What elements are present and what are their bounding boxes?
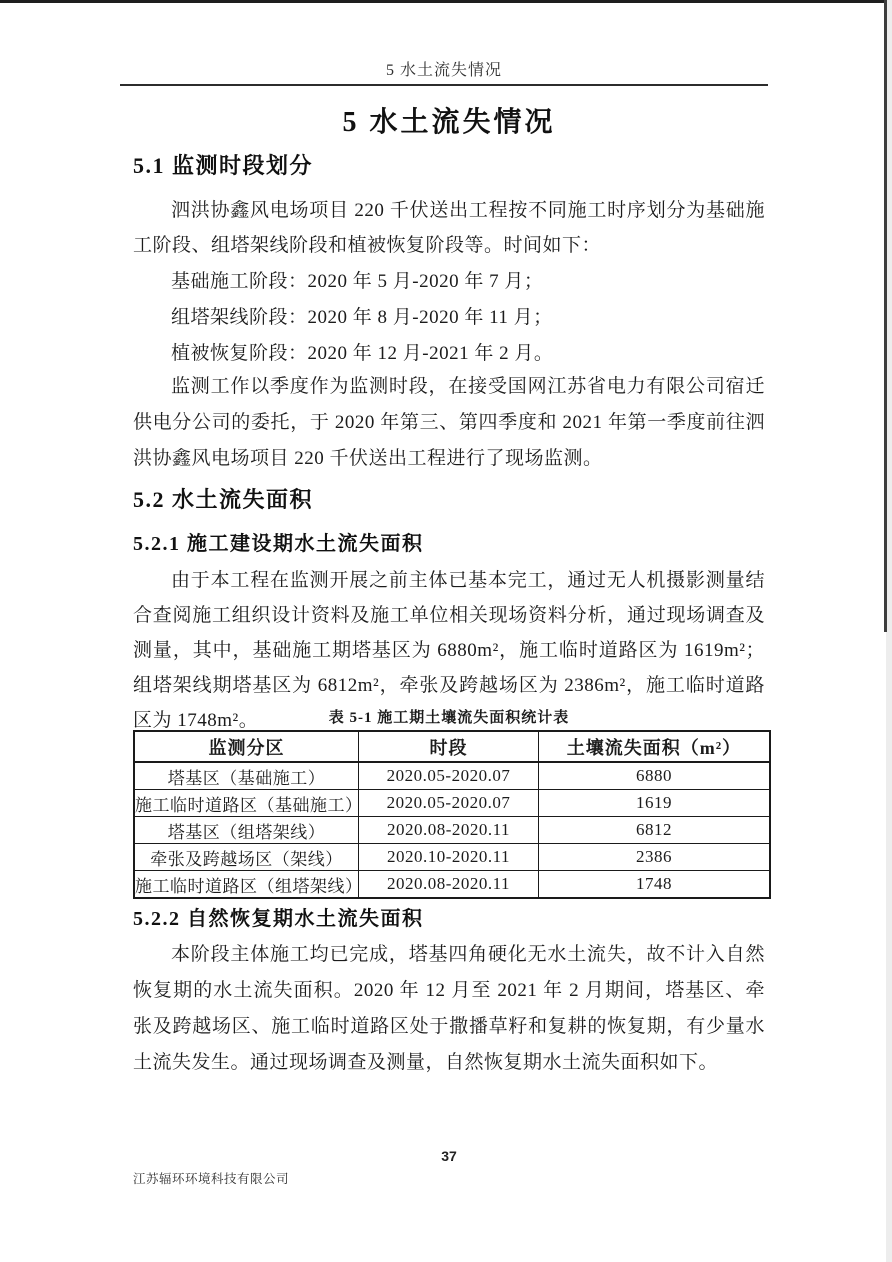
column-header-period: 时段 [359,731,539,762]
heading-5-2-1: 5.2.1 施工建设期水土流失面积 [133,527,424,556]
cell-area: 1619 [539,790,771,817]
document-page: 5 水土流失情况 5 水土流失情况 5.1 监测时段划分 泗洪协鑫风电场项目 2… [0,0,892,1262]
phase-line-vegetation-recovery: 植被恢复阶段：2020 年 12 月-2021 年 2 月。 [133,336,765,372]
table-row: 塔基区（组塔架线） 2020.08-2020.11 6812 [134,817,770,844]
header-rule [120,84,768,86]
table-row: 施工临时道路区（基础施工） 2020.05-2020.07 1619 [134,790,770,817]
cell-zone: 塔基区（组塔架线） [134,817,359,844]
cell-area: 6812 [539,817,771,844]
cell-period: 2020.08-2020.11 [359,817,539,844]
phase-line-tower-erection: 组塔架线阶段：2020 年 8 月-2020 年 11 月； [133,300,765,336]
heading-5-2-2: 5.2.2 自然恢复期水土流失面积 [133,902,424,931]
table-caption: 表 5-1 施工期土壤流失面积统计表 [133,706,765,727]
cell-area: 2386 [539,844,771,871]
footer-company: 江苏辐环环境科技有限公司 [133,1169,289,1187]
table-row: 塔基区（基础施工） 2020.05-2020.07 6880 [134,762,770,790]
window-top-edge [0,0,892,3]
cell-zone: 施工临时道路区（组塔架线） [134,871,359,899]
cell-period: 2020.08-2020.11 [359,871,539,899]
phase-line-foundation: 基础施工阶段：2020 年 5 月-2020 年 7 月； [133,264,765,300]
table-row: 施工临时道路区（组塔架线） 2020.08-2020.11 1748 [134,871,770,899]
cell-period: 2020.10-2020.11 [359,844,539,871]
running-header: 5 水土流失情况 [120,57,768,80]
paragraph-natural-recovery: 本阶段主体施工均已完成，塔基四角硬化无水土流失，故不计入自然恢复期的水土流失面积… [133,937,765,1081]
cell-area: 1748 [539,871,771,899]
page-right-edge-line [884,0,887,632]
column-header-area: 土壤流失面积（m²） [539,731,771,762]
heading-5-2: 5.2 水土流失面积 [133,483,313,514]
table-row: 牵张及跨越场区（架线） 2020.10-2020.11 2386 [134,844,770,871]
column-header-zone: 监测分区 [134,731,359,762]
cell-area: 6880 [539,762,771,790]
heading-5-1: 5.1 监测时段划分 [133,149,313,180]
soil-loss-table: 监测分区 时段 土壤流失面积（m²） 塔基区（基础施工） 2020.05-202… [133,730,771,899]
cell-zone: 施工临时道路区（基础施工） [134,790,359,817]
cell-period: 2020.05-2020.07 [359,762,539,790]
cell-zone: 牵张及跨越场区（架线） [134,844,359,871]
paragraph-monitoring-work: 监测工作以季度作为监测时段，在接受国网江苏省电力有限公司宿迁供电分公司的委托，于… [133,369,765,477]
phase-period-list: 基础施工阶段：2020 年 5 月-2020 年 7 月； 组塔架线阶段：202… [133,264,765,372]
footer-page-number: 37 [133,1148,765,1164]
paragraph-monitoring-periods: 泗洪协鑫风电场项目 220 千伏送出工程按不同施工时序划分为基础施工阶段、组塔架… [133,193,765,263]
cell-period: 2020.05-2020.07 [359,790,539,817]
cell-zone: 塔基区（基础施工） [134,762,359,790]
page-title: 5 水土流失情况 [133,100,765,140]
table-header-row: 监测分区 时段 土壤流失面积（m²） [134,731,770,762]
